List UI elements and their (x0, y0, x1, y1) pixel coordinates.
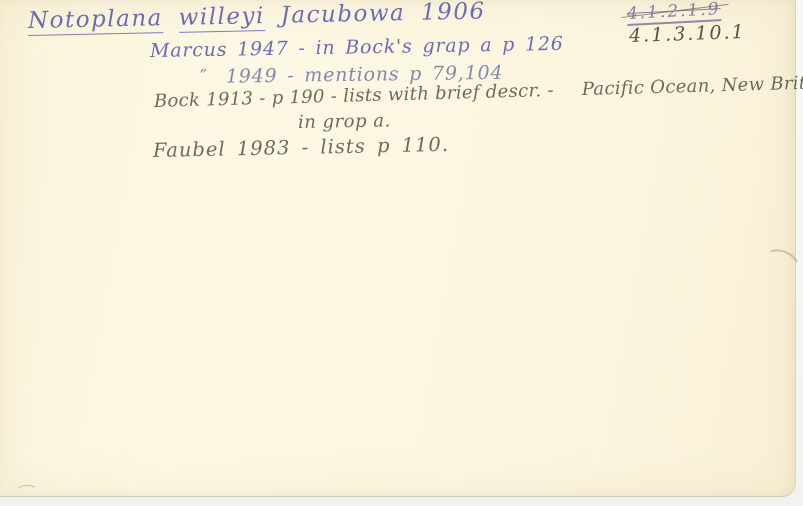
stray-pencil-mark (16, 484, 39, 498)
heading-authority: Jacubowa 1906 (280, 0, 485, 29)
scanned-index-card: Notoplana willeyi Jacubowa 1906 4.1.2.1.… (0, 0, 803, 506)
heading-genus: Notoplana (28, 5, 163, 36)
reference-bock-1913-continuation: in grop a. (298, 110, 391, 133)
ditto-mark: ″ (200, 66, 208, 88)
catalog-number-current: 4.1.3.10.1 (629, 21, 746, 47)
heading-species: willeyi (178, 3, 265, 33)
